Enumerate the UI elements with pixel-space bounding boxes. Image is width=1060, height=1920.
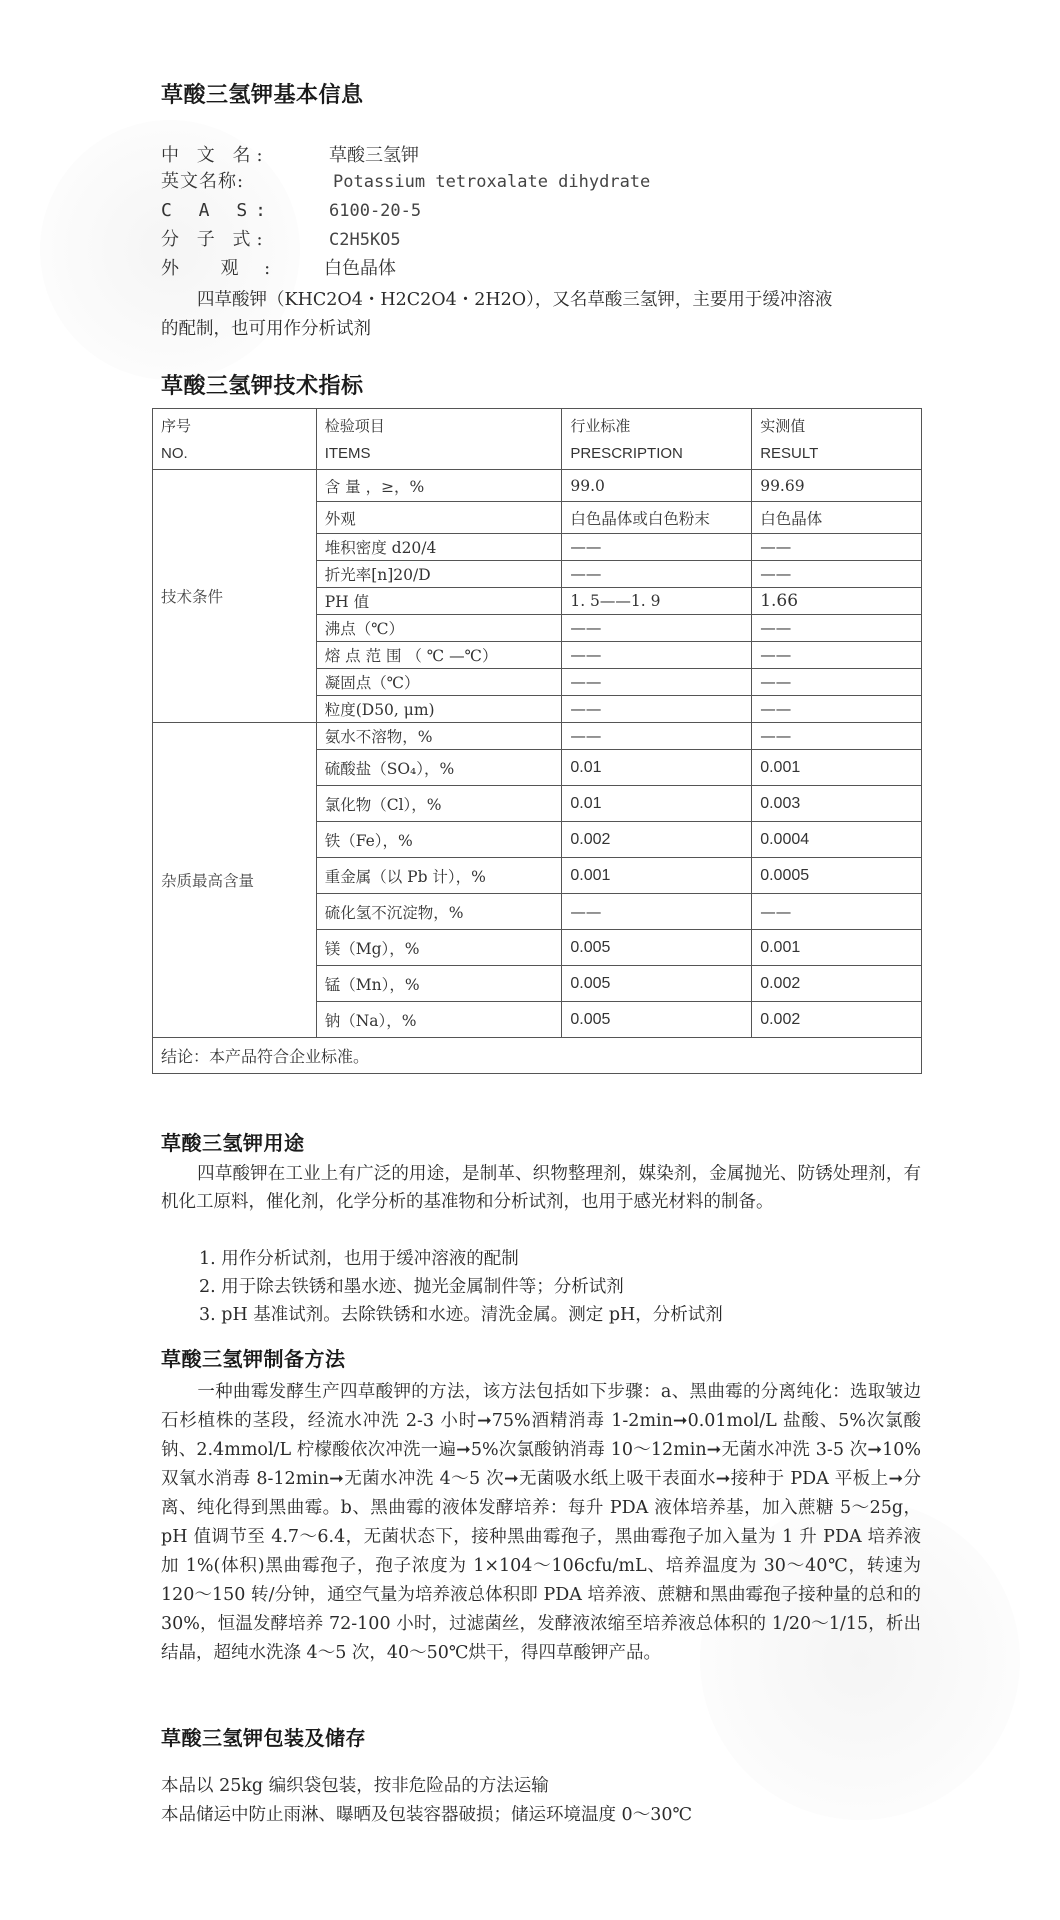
- group-label-impurity: 杂质最高含量: [153, 723, 317, 1038]
- table-row: 杂质最高含量 氨水不溶物，% —— ——: [153, 723, 922, 750]
- cell-item: 氯化物（Cl），%: [316, 786, 562, 822]
- info-label: 分 子 式:: [161, 227, 321, 253]
- cell-result: 0.0005: [752, 858, 922, 894]
- cell-item: 钠（Na），%: [316, 1002, 562, 1038]
- conclusion-row: 结论：本产品符合企业标准。: [153, 1038, 922, 1074]
- spec-table: 序号NO. 检验项目ITEMS 行业标准PRESCRIPTION 实测值RESU…: [152, 408, 922, 1074]
- info-value: 白色晶体: [324, 256, 396, 282]
- header-en: PRESCRIPTION: [570, 440, 743, 468]
- cell-item: 铁（Fe），%: [316, 822, 562, 858]
- cell-result: 1.66: [752, 588, 922, 615]
- section-title-basic-info: 草酸三氢钾基本信息: [161, 78, 364, 109]
- cell-standard: 白色晶体或白色粉末: [562, 502, 752, 534]
- header-cn: 检验项目: [325, 412, 554, 440]
- uses-list-item: 3. pH 基准试剂。去除铁锈和水迹。清洗金属。测定 pH，分析试剂: [199, 1301, 723, 1329]
- cell-item: 镁（Mg），%: [316, 930, 562, 966]
- header-result: 实测值RESULT: [752, 409, 922, 470]
- basic-description-line2: 的配制，也可用作分析试剂: [161, 315, 921, 343]
- cell-item: 重金属（以 Pb 计），%: [316, 858, 562, 894]
- cell-item: 粒度(D50, μm): [316, 696, 562, 723]
- cell-standard: ——: [562, 669, 752, 696]
- cell-item: 硫酸盐（SO₄），%: [316, 750, 562, 786]
- cell-standard: ——: [562, 615, 752, 642]
- cell-result: 0.001: [752, 930, 922, 966]
- cell-item: 熔 点 范 围 （ ℃ —℃）: [316, 642, 562, 669]
- header-cn: 实测值: [760, 412, 913, 440]
- cell-result: ——: [752, 561, 922, 588]
- uses-list-item: 1. 用作分析试剂，也用于缓冲溶液的配制: [199, 1245, 519, 1273]
- info-value: C2H5KO5: [329, 227, 401, 253]
- cell-item: 锰（Mn），%: [316, 966, 562, 1002]
- info-label: 外 观 :: [161, 256, 321, 282]
- storage-line: 本品储运中防止雨淋、曝晒及包装容器破损；储运环境温度 0～30℃: [161, 1801, 921, 1829]
- conclusion-text: 结论：本产品符合企业标准。: [153, 1038, 922, 1074]
- cell-standard: 99.0: [562, 470, 752, 502]
- header-en: RESULT: [760, 440, 913, 468]
- preparation-body: 一种曲霉发酵生产四草酸钾的方法，该方法包括如下步骤：a、黑曲霉的分离纯化：选取皱…: [161, 1382, 921, 1663]
- header-prescription: 行业标准PRESCRIPTION: [562, 409, 752, 470]
- uses-intro-text: 四草酸钾在工业上有广泛的用途，是制革、织物整理剂，媒染剂，金属抛光、防锈处理剂，…: [161, 1164, 921, 1212]
- document-page: 草酸三氢钾基本信息 中 文 名: 草酸三氢钾 英文名称: Potassium t…: [0, 0, 1060, 1920]
- info-label: 中 文 名:: [161, 143, 321, 169]
- cell-result: ——: [752, 894, 922, 930]
- cell-standard: 0.005: [562, 966, 752, 1002]
- cell-result: ——: [752, 615, 922, 642]
- cell-result: 白色晶体: [752, 502, 922, 534]
- cell-standard: 0.01: [562, 750, 752, 786]
- cell-item: 凝固点（℃）: [316, 669, 562, 696]
- cell-item: PH 值: [316, 588, 562, 615]
- cell-standard: ——: [562, 723, 752, 750]
- info-label: 英文名称:: [161, 169, 321, 195]
- info-row-formula: 分 子 式: C2H5KO5: [161, 227, 321, 253]
- header-en: ITEMS: [325, 440, 554, 468]
- description-text: 四草酸钾（KHC2O4・H2C2O4・2H2O），又名草酸三氢钾，主要用于缓冲溶…: [197, 290, 832, 310]
- cell-standard: 0.002: [562, 822, 752, 858]
- info-label: C A S:: [161, 198, 321, 224]
- cell-result: 0.0004: [752, 822, 922, 858]
- header-en: NO.: [161, 440, 308, 468]
- cell-result: ——: [752, 669, 922, 696]
- cell-item: 氨水不溶物，%: [316, 723, 562, 750]
- info-value: Potassium tetroxalate dihydrate: [333, 169, 650, 195]
- cell-result: 0.001: [752, 750, 922, 786]
- section-title-uses: 草酸三氢钾用途: [161, 1127, 305, 1156]
- basic-description-line1: 四草酸钾（KHC2O4・H2C2O4・2H2O），又名草酸三氢钾，主要用于缓冲溶…: [161, 286, 921, 314]
- info-row-cn-name: 中 文 名: 草酸三氢钾: [161, 143, 321, 169]
- info-row-cas: C A S: 6100-20-5: [161, 198, 321, 224]
- cell-result: 0.002: [752, 966, 922, 1002]
- cell-standard: ——: [562, 696, 752, 723]
- cell-standard: ——: [562, 642, 752, 669]
- info-value: 6100-20-5: [329, 198, 421, 224]
- info-row-appearance: 外 观 : 白色晶体: [161, 256, 321, 282]
- uses-intro: 四草酸钾在工业上有广泛的用途，是制革、织物整理剂，媒染剂，金属抛光、防锈处理剂，…: [161, 1160, 921, 1216]
- table-row: 技术条件 含 量 ，≥，% 99.0 99.69: [153, 470, 922, 502]
- group-label-tech: 技术条件: [153, 470, 317, 723]
- cell-standard: 0.001: [562, 858, 752, 894]
- cell-item: 堆积密度 d20/4: [316, 534, 562, 561]
- preparation-text: 一种曲霉发酵生产四草酸钾的方法，该方法包括如下步骤：a、黑曲霉的分离纯化：选取皱…: [161, 1378, 921, 1668]
- cell-item: 外观: [316, 502, 562, 534]
- section-title-storage: 草酸三氢钾包装及储存: [161, 1722, 366, 1751]
- header-cn: 行业标准: [570, 412, 743, 440]
- header-items: 检验项目ITEMS: [316, 409, 562, 470]
- cell-result: 0.003: [752, 786, 922, 822]
- cell-standard: 0.005: [562, 1002, 752, 1038]
- cell-standard: ——: [562, 561, 752, 588]
- cell-result: ——: [752, 534, 922, 561]
- cell-result: 0.002: [752, 1002, 922, 1038]
- storage-line: 本品以 25kg 编织袋包装，按非危险品的方法运输: [161, 1772, 921, 1800]
- cell-item: 含 量 ，≥，%: [316, 470, 562, 502]
- cell-result: ——: [752, 696, 922, 723]
- cell-item: 沸点（℃）: [316, 615, 562, 642]
- cell-item: 折光率[n]20/D: [316, 561, 562, 588]
- cell-result: ——: [752, 642, 922, 669]
- uses-list-item: 2. 用于除去铁锈和墨水迹、抛光金属制件等；分析试剂: [199, 1273, 624, 1301]
- cell-standard: 1. 5——1. 9: [562, 588, 752, 615]
- cell-item: 硫化氢不沉淀物，%: [316, 894, 562, 930]
- cell-result: 99.69: [752, 470, 922, 502]
- cell-standard: 0.005: [562, 930, 752, 966]
- info-value: 草酸三氢钾: [329, 143, 419, 169]
- header-no: 序号NO.: [153, 409, 317, 470]
- table-header-row: 序号NO. 检验项目ITEMS 行业标准PRESCRIPTION 实测值RESU…: [153, 409, 922, 470]
- header-cn: 序号: [161, 412, 308, 440]
- cell-standard: 0.01: [562, 786, 752, 822]
- section-title-spec: 草酸三氢钾技术指标: [161, 369, 364, 400]
- cell-result: ——: [752, 723, 922, 750]
- section-title-preparation: 草酸三氢钾制备方法: [161, 1343, 346, 1372]
- cell-standard: ——: [562, 534, 752, 561]
- info-row-en-name: 英文名称: Potassium tetroxalate dihydrate: [161, 169, 321, 195]
- cell-standard: ——: [562, 894, 752, 930]
